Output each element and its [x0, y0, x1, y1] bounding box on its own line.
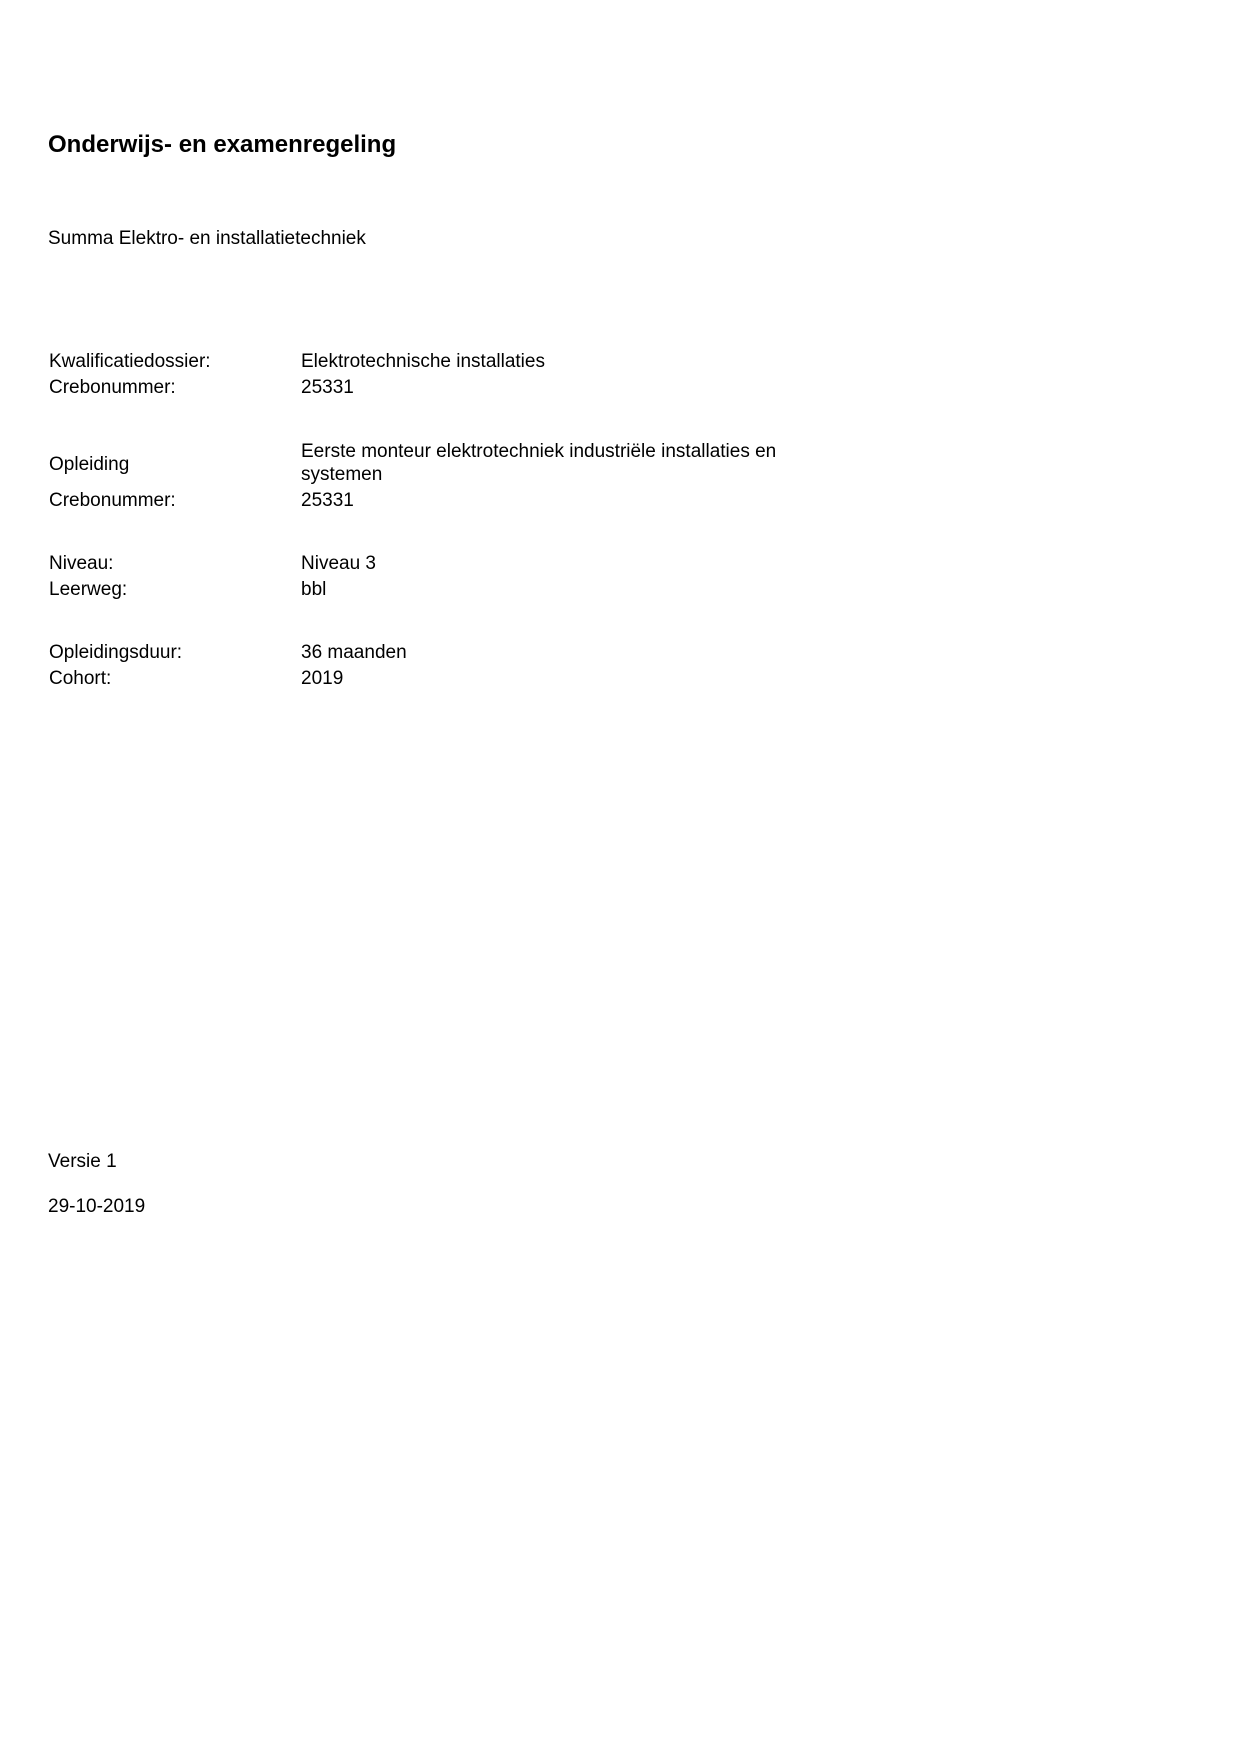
field-value: 36 maanden	[301, 641, 861, 664]
field-label: Crebonummer:	[49, 489, 299, 512]
field-label: Opleidingsduur:	[49, 641, 299, 664]
version-text: Versie 1	[48, 1150, 117, 1174]
field-value: Eerste monteur elektrotechniek industrië…	[301, 440, 841, 486]
field-label: Opleiding	[49, 453, 299, 476]
field-value: Niveau 3	[301, 552, 861, 575]
field-value: Elektrotechnische installaties	[301, 350, 861, 373]
field-label: Crebonummer:	[49, 376, 299, 399]
field-label: Kwalificatiedossier:	[49, 350, 299, 373]
field-value: bbl	[301, 578, 861, 601]
field-value: 25331	[301, 376, 861, 399]
field-label: Cohort:	[49, 667, 299, 690]
field-value: 2019	[301, 667, 861, 690]
field-label: Leerweg:	[49, 578, 299, 601]
date-text: 29-10-2019	[48, 1195, 145, 1219]
document-title: Onderwijs- en examenregeling	[48, 130, 396, 160]
field-value: 25331	[301, 489, 861, 512]
field-label: Niveau:	[49, 552, 299, 575]
document-subtitle: Summa Elektro- en installatietechniek	[48, 227, 366, 251]
